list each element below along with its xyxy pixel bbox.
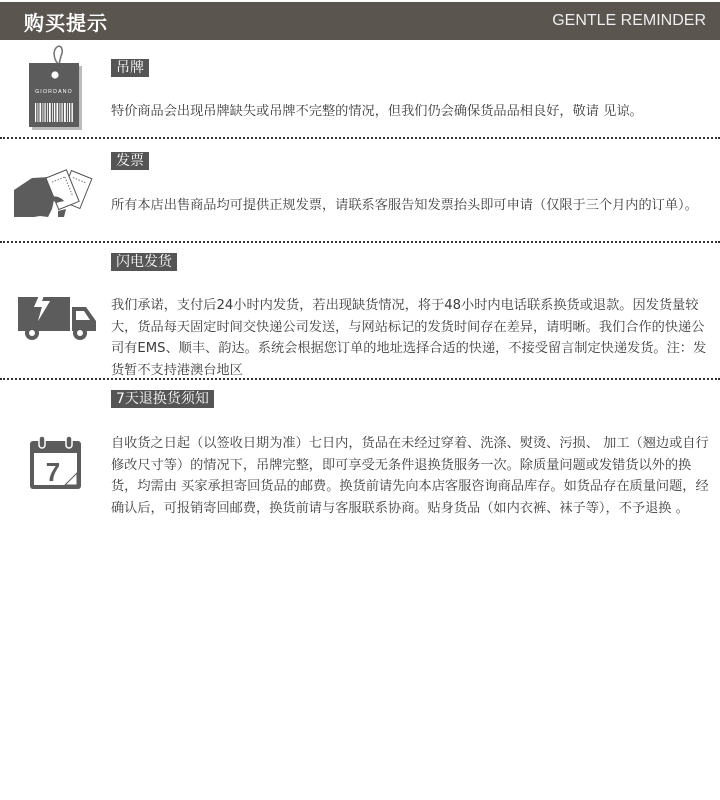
header-subtitle: GENTLE REMINDER xyxy=(552,12,706,30)
page-header: 购买提示 GENTLE REMINDER xyxy=(0,2,720,40)
section-text: 特价商品会出现吊牌缺失或吊牌不完整的情况，但我们仍会确保货品品相良好，敬请 见谅… xyxy=(111,101,715,123)
section-tag-label: 闪电发货 xyxy=(111,253,177,271)
section-text: 自收货之日起（以签收日期为准）七日内，货品在未经过穿着、洗涤、熨烫、污损、 加工… xyxy=(111,433,715,519)
section-tag-label: 发票 xyxy=(111,152,149,170)
calendar-number: 7 xyxy=(46,457,60,487)
header-title: 购买提示 xyxy=(24,7,108,36)
dotted-divider xyxy=(0,137,720,139)
section-text: 所有本店出售商品均可提供正规发票，请联系客服告知发票抬头即可申请（仅限于三个月内… xyxy=(111,195,715,217)
delivery-truck-icon xyxy=(16,285,98,343)
calendar-7-icon: 7 xyxy=(29,435,83,490)
section-tag-label: 吊牌 xyxy=(111,59,149,77)
hang-tag-icon: GIORDANO xyxy=(27,42,87,134)
tag-brand-text: GIORDANO xyxy=(35,89,73,95)
section-text: 我们承诺，支付后24小时内发货，若出现缺货情况，将于48小时内电话联系换货或退款… xyxy=(111,295,715,381)
invoice-hand-icon xyxy=(12,165,102,225)
section-tag-label: 7天退换货须知 xyxy=(111,390,214,408)
dotted-divider xyxy=(0,378,720,380)
dotted-divider xyxy=(0,241,720,243)
